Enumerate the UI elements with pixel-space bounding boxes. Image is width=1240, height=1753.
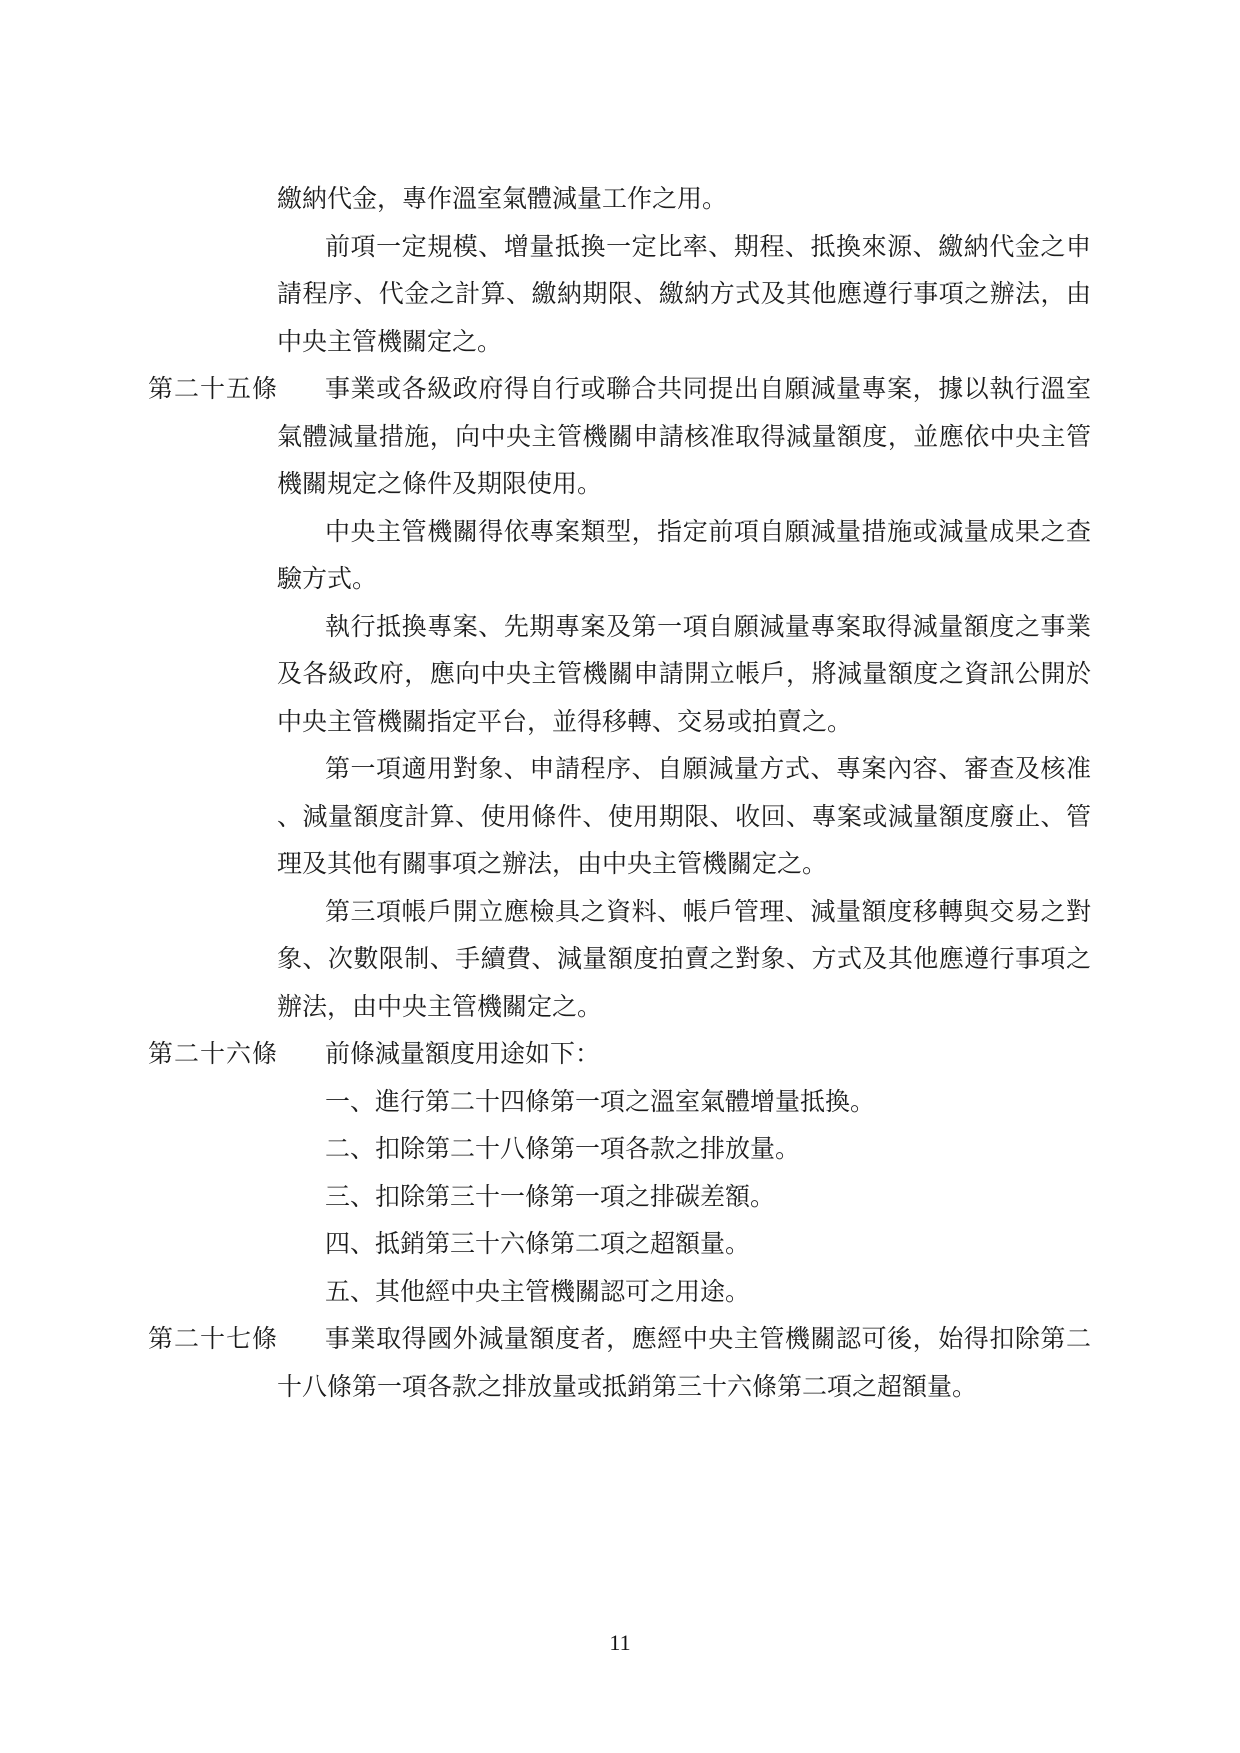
line-text: 前項一定規模、增量抵換一定比率、期程、抵換來源、繳納代金之申	[325, 234, 1091, 261]
document-page: 繳納代金，專作溫室氣體減量工作之用。 前項一定規模、增量抵換一定比率、期程、抵換…	[0, 0, 1240, 1753]
document-line: 請程序、代金之計算、繳納期限、繳納方式及其他應遵行事項之辦法，由	[277, 271, 1091, 319]
line-text: 象、次數限制、手續費、減量額度拍賣之對象、方式及其他應遵行事項之	[277, 946, 1091, 973]
line-text: 第一項適用對象、申請程序、自願減量方式、專案內容、審查及核准	[325, 756, 1091, 783]
document-line: 執行抵換專案、先期專案及第一項自願減量專案取得減量額度之事業	[277, 604, 1091, 652]
document-line: 三、扣除第三十一條第一項之排碳差額。	[277, 1174, 1091, 1222]
line-text: 執行抵換專案、先期專案及第一項自願減量專案取得減量額度之事業	[325, 614, 1091, 641]
line-text: 十八條第一項各款之排放量或抵銷第三十六條第二項之超額量。	[277, 1374, 977, 1401]
document-line: 一、進行第二十四條第一項之溫室氣體增量抵換。	[277, 1079, 1091, 1127]
line-text: 三、扣除第三十一條第一項之排碳差額。	[325, 1184, 775, 1211]
document-line: 十八條第一項各款之排放量或抵銷第三十六條第二項之超額量。	[277, 1364, 1091, 1412]
line-text: 一、進行第二十四條第一項之溫室氣體增量抵換。	[325, 1089, 875, 1116]
document-line: 第一項適用對象、申請程序、自願減量方式、專案內容、審查及核准	[277, 746, 1091, 794]
document-line: 及各級政府，應向中央主管機關申請開立帳戶，將減量額度之資訊公開於	[277, 651, 1091, 699]
article-number: 第二十五條	[148, 366, 278, 414]
line-text: 事業取得國外減量額度者，應經中央主管機關認可後，始得扣除第二	[325, 1326, 1091, 1353]
document-line: 象、次數限制、手續費、減量額度拍賣之對象、方式及其他應遵行事項之	[277, 936, 1091, 984]
line-text: 事業或各級政府得自行或聯合共同提出自願減量專案，據以執行溫室	[325, 376, 1091, 403]
document-line: 前項一定規模、增量抵換一定比率、期程、抵換來源、繳納代金之申	[277, 224, 1091, 272]
line-text: 辦法，由中央主管機關定之。	[277, 994, 602, 1021]
document-line: 辦法，由中央主管機關定之。	[277, 984, 1091, 1032]
document-line: 繳納代金，專作溫室氣體減量工作之用。	[277, 176, 1091, 224]
line-text: 請程序、代金之計算、繳納期限、繳納方式及其他應遵行事項之辦法，由	[277, 281, 1091, 308]
document-line: 二、扣除第二十八條第一項各款之排放量。	[277, 1126, 1091, 1174]
document-line: 、減量額度計算、使用條件、使用期限、收回、專案或減量額度廢止、管	[277, 794, 1091, 842]
document-line: 第二十五條 事業或各級政府得自行或聯合共同提出自願減量專案，據以執行溫室	[277, 366, 1091, 414]
line-text: 四、抵銷第三十六條第二項之超額量。	[325, 1231, 750, 1258]
document-line: 第三項帳戶開立應檢具之資料、帳戶管理、減量額度移轉與交易之對	[277, 889, 1091, 937]
line-text: 二、扣除第二十八條第一項各款之排放量。	[325, 1136, 800, 1163]
line-text: 中央主管機關定之。	[277, 329, 502, 356]
article-number: 第二十七條	[148, 1316, 278, 1364]
line-text: 驗方式。	[277, 566, 377, 593]
line-text: 第三項帳戶開立應檢具之資料、帳戶管理、減量額度移轉與交易之對	[325, 899, 1091, 926]
document-line: 中央主管機關定之。	[277, 319, 1091, 367]
line-text: 理及其他有關事項之辦法，由中央主管機關定之。	[277, 851, 827, 878]
document-line: 氣體減量措施，向中央主管機關申請核准取得減量額度，並應依中央主管	[277, 414, 1091, 462]
line-text: 、減量額度計算、使用條件、使用期限、收回、專案或減量額度廢止、管	[277, 804, 1091, 831]
page-number: 11	[0, 1630, 1240, 1656]
line-text: 氣體減量措施，向中央主管機關申請核准取得減量額度，並應依中央主管	[277, 424, 1091, 451]
document-line: 中央主管機關指定平台，並得移轉、交易或拍賣之。	[277, 699, 1091, 747]
document-line: 理及其他有關事項之辦法，由中央主管機關定之。	[277, 841, 1091, 889]
line-text: 五、其他經中央主管機關認可之用途。	[325, 1279, 750, 1306]
document-line: 第二十七條 事業取得國外減量額度者，應經中央主管機關認可後，始得扣除第二	[277, 1316, 1091, 1364]
line-text: 及各級政府，應向中央主管機關申請開立帳戶，將減量額度之資訊公開於	[277, 661, 1091, 688]
document-line: 中央主管機關得依專案類型，指定前項自願減量措施或減量成果之查	[277, 509, 1091, 557]
document-line: 機關規定之條件及期限使用。	[277, 461, 1091, 509]
document-body: 繳納代金，專作溫室氣體減量工作之用。 前項一定規模、增量抵換一定比率、期程、抵換…	[0, 176, 1240, 1411]
line-text: 中央主管機關得依專案類型，指定前項自願減量措施或減量成果之查	[325, 519, 1091, 546]
line-text: 機關規定之條件及期限使用。	[277, 471, 602, 498]
document-line: 第二十六條 前條減量額度用途如下：	[277, 1031, 1091, 1079]
line-text: 中央主管機關指定平台，並得移轉、交易或拍賣之。	[277, 709, 852, 736]
line-text: 繳納代金，專作溫室氣體減量工作之用。	[277, 186, 727, 213]
article-number: 第二十六條	[148, 1031, 278, 1079]
document-line: 五、其他經中央主管機關認可之用途。	[277, 1269, 1091, 1317]
document-line: 驗方式。	[277, 556, 1091, 604]
line-text: 前條減量額度用途如下：	[325, 1041, 600, 1068]
document-line: 四、抵銷第三十六條第二項之超額量。	[277, 1221, 1091, 1269]
